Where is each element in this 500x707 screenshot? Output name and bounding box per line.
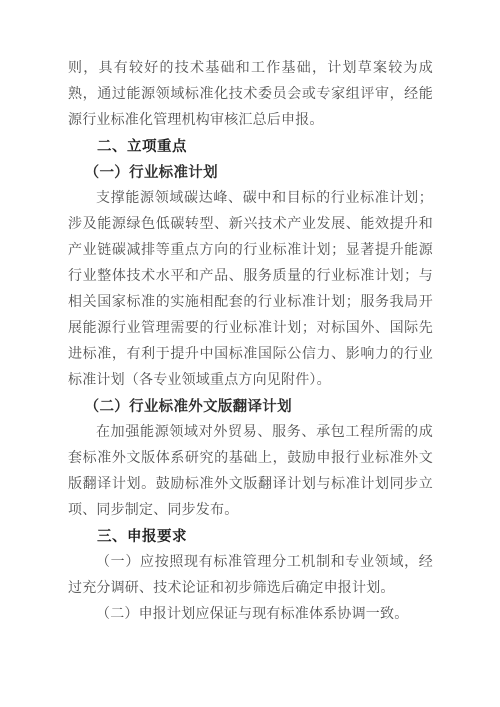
body-paragraph: （一）应按照现有标准管理分工机制和专业领域，经过充分调研、技术论证和初步筛选后确…: [68, 550, 433, 602]
body-paragraph-continuation: 则，具有较好的技术基础和工作基础，计划草案较为成熟，通过能源领域标准化技术委员会…: [68, 56, 433, 134]
body-paragraph: （二）申报计划应保证与现有标准体系协调一致。: [68, 602, 433, 628]
sub-heading-2-2: （二）行业标准外文版翻译计划: [68, 394, 433, 420]
sub-heading-2-1: （一）行业标准计划: [68, 160, 433, 186]
body-paragraph: 支撑能源领域碳达峰、碳中和目标的行业标准计划；涉及能源绿色低碳转型、新兴技术产业…: [68, 186, 433, 394]
section-heading-3: 三、申报要求: [68, 524, 433, 550]
section-heading-2: 二、立项重点: [68, 134, 433, 160]
document-page: 则，具有较好的技术基础和工作基础，计划草案较为成熟，通过能源领域标准化技术委员会…: [0, 0, 500, 707]
page-content: 则，具有较好的技术基础和工作基础，计划草案较为成熟，通过能源领域标准化技术委员会…: [68, 56, 433, 628]
body-paragraph: 在加强能源领域对外贸易、服务、承包工程所需的成套标准外文版体系研究的基础上，鼓励…: [68, 420, 433, 524]
